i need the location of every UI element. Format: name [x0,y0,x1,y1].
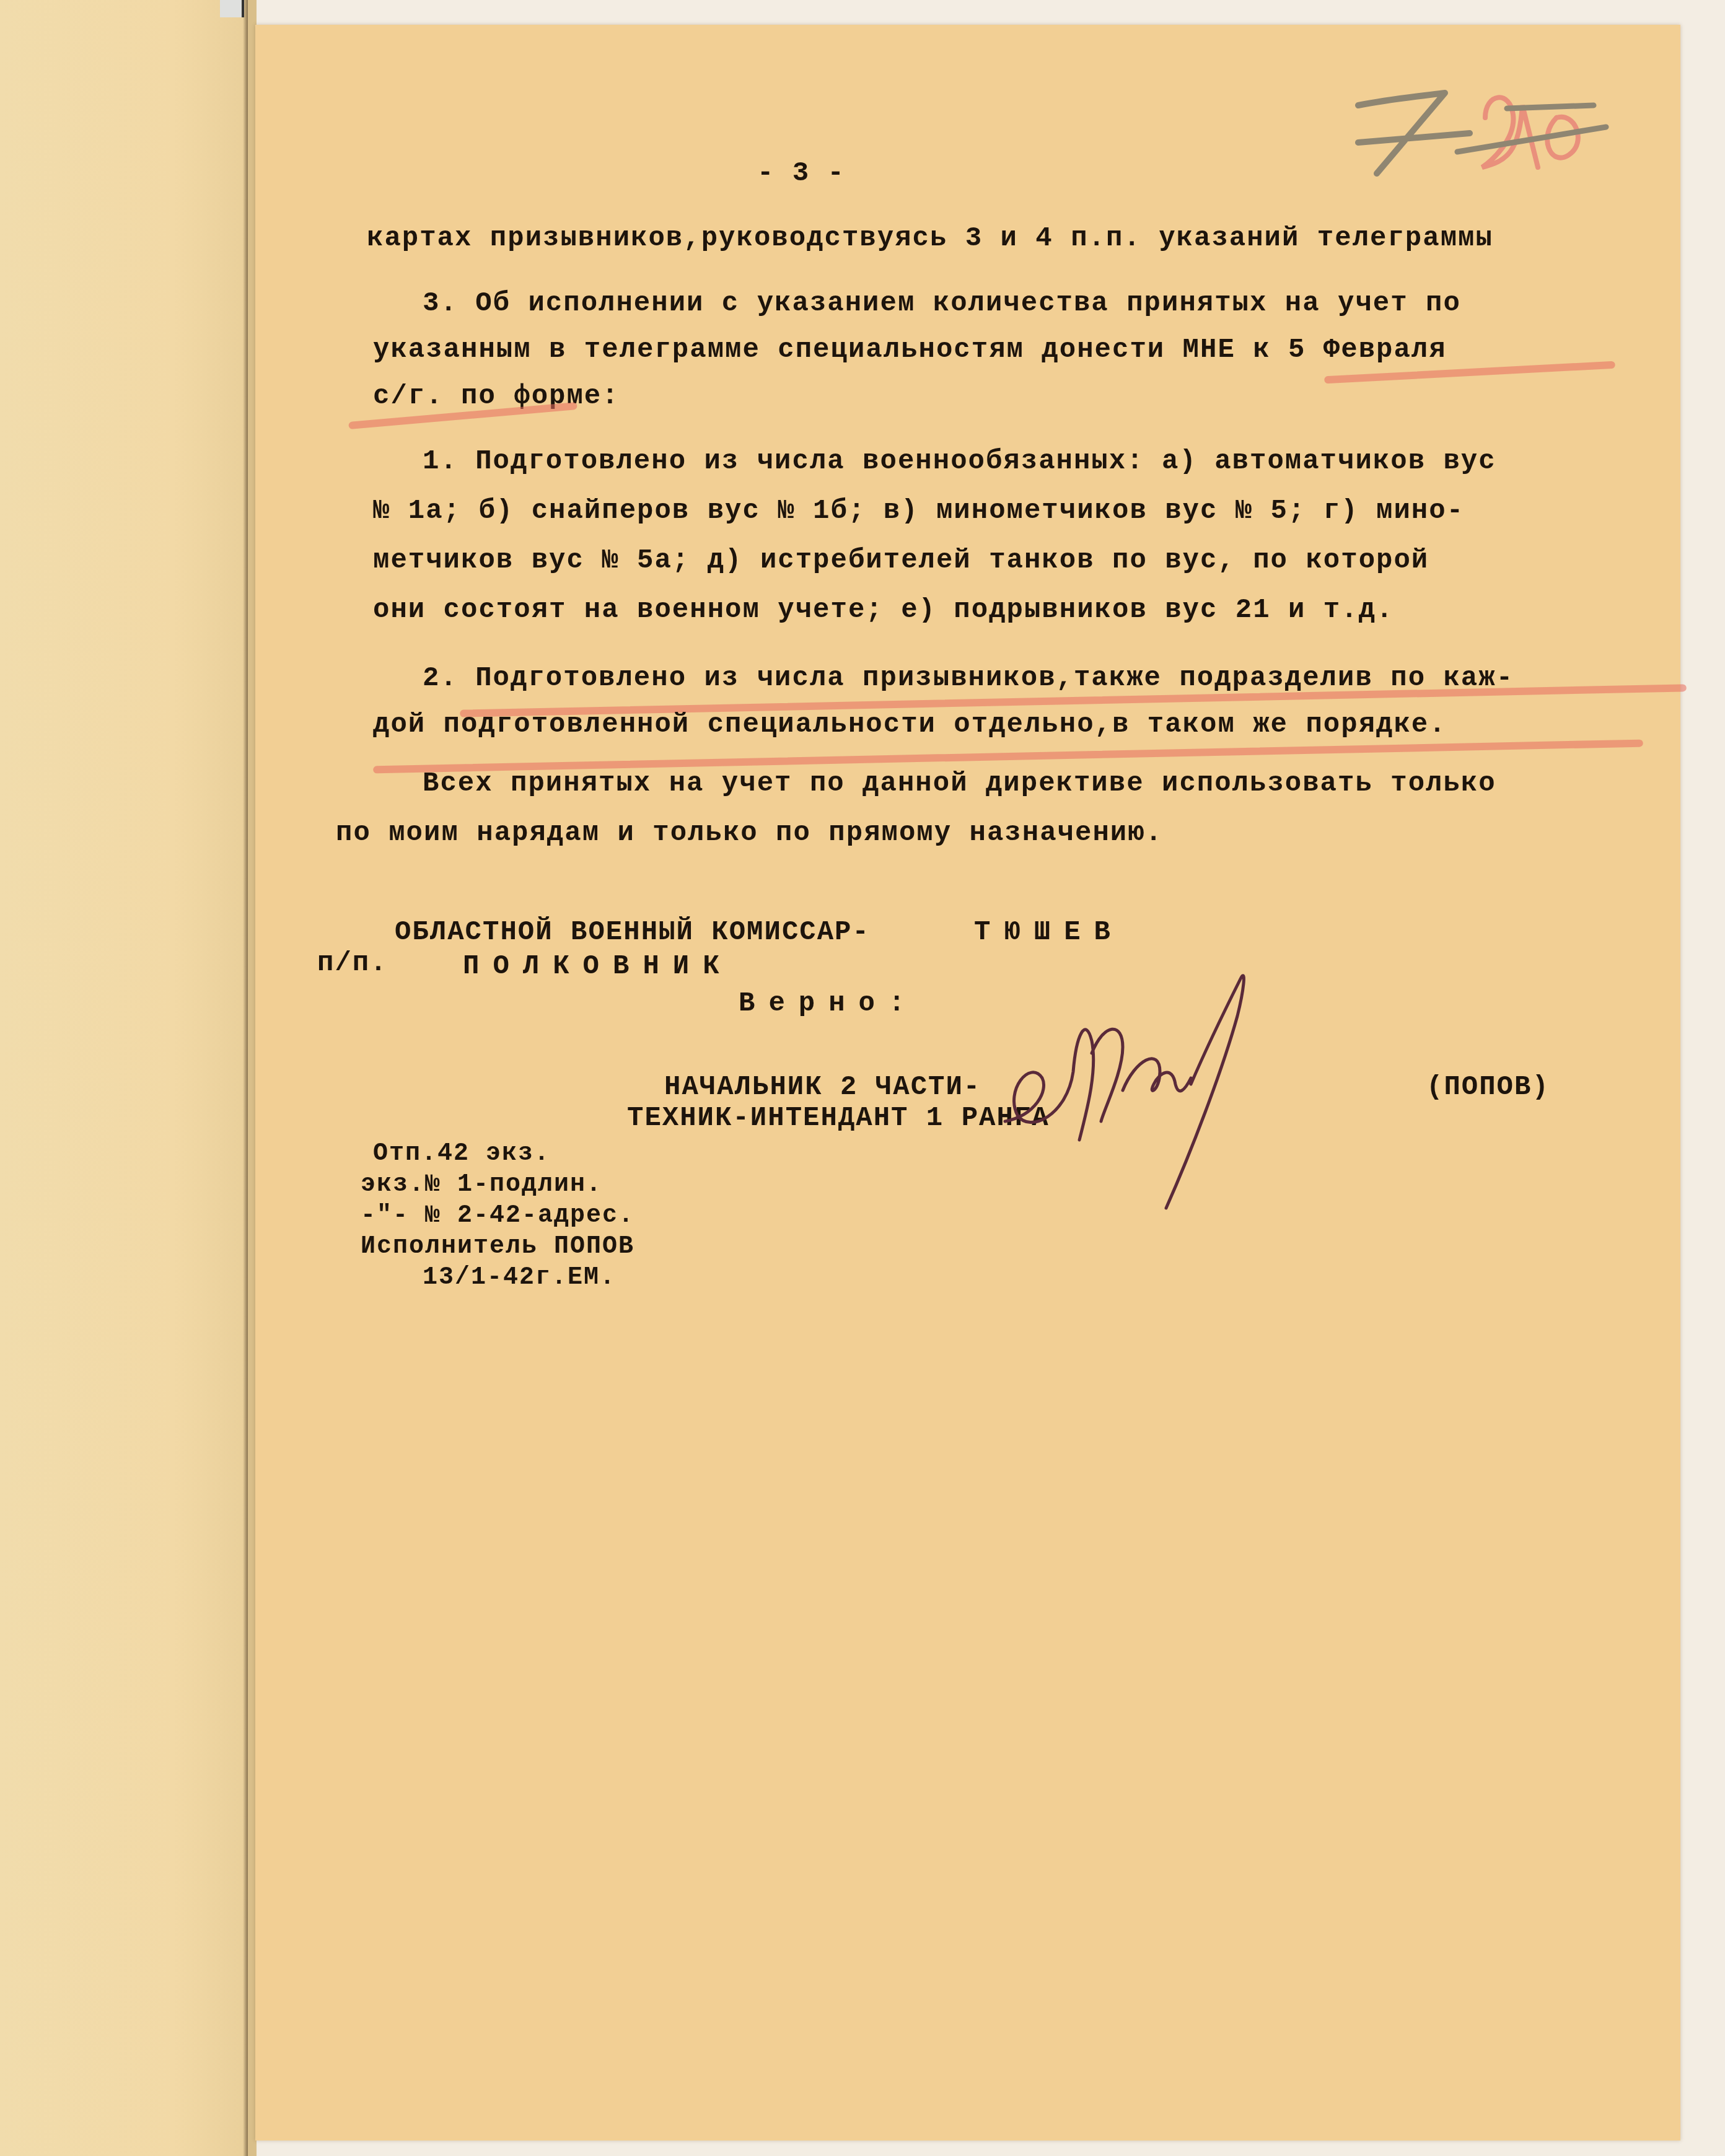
binding-tab [220,0,244,17]
text-line-5: 1. Подготовлено из числа военнообязанных… [423,446,1496,477]
pp-label: п/п. [317,948,388,979]
text-line-9: 2. Подготовлено из числа призывников,так… [423,663,1514,694]
distribution-line-2: экз.№ 1-подлин. [361,1171,602,1199]
text-line-10: дой подготовленной специальности отдельн… [373,709,1447,740]
distribution-line-3: -"- № 2-42-адрес. [361,1202,634,1230]
text-line-12: по моим нарядам и только по прямому назн… [336,818,1163,849]
distribution-line-1: Отп.42 экз. [373,1140,550,1168]
chief-title: НАЧАЛЬНИК 2 ЧАСТИ- [664,1072,981,1103]
commissar-title: ОБЛАСТНОЙ ВОЕННЫЙ КОМИССАР- [395,917,870,948]
chief-rank: ТЕХНИК-ИНТЕНДАНТ 1 РАНГА [627,1103,1050,1134]
text-line-7: метчиков вус № 5а; д) истребителей танко… [373,545,1429,576]
chief-name: (ПОПОВ) [1426,1072,1550,1103]
text-line-2: 3. Об исполнении с указанием количества … [423,288,1461,319]
handwritten-signature [999,966,1383,1227]
certified-label: Верно: [739,988,918,1019]
archive-page-number-mark [1352,81,1612,180]
previous-page-edge [0,0,248,2156]
document-page: 7 216 - 3 - картах призывников,руководст… [255,25,1680,2141]
text-line-4: с/г. по форме: [373,381,620,412]
distribution-line-4: Исполнитель ПОПОВ [361,1233,634,1261]
text-line-3: указанным в телеграмме специальностям до… [373,335,1447,366]
commissar-name: ТЮШЕВ [974,917,1124,948]
text-line-1: картах призывников,руководствуясь 3 и 4 … [367,223,1493,254]
commissar-rank: ПОЛКОВНИК [463,951,733,982]
text-line-11: Всех принятых на учет по данной директив… [423,768,1496,799]
page-number: - 3 - [757,158,845,189]
distribution-line-5: 13/1-42г.ЕМ. [423,1264,616,1292]
text-line-6: № 1а; б) снайперов вус № 1б; в) минометч… [373,496,1464,527]
text-line-8: они состоят на военном учете; е) подрывн… [373,595,1394,626]
